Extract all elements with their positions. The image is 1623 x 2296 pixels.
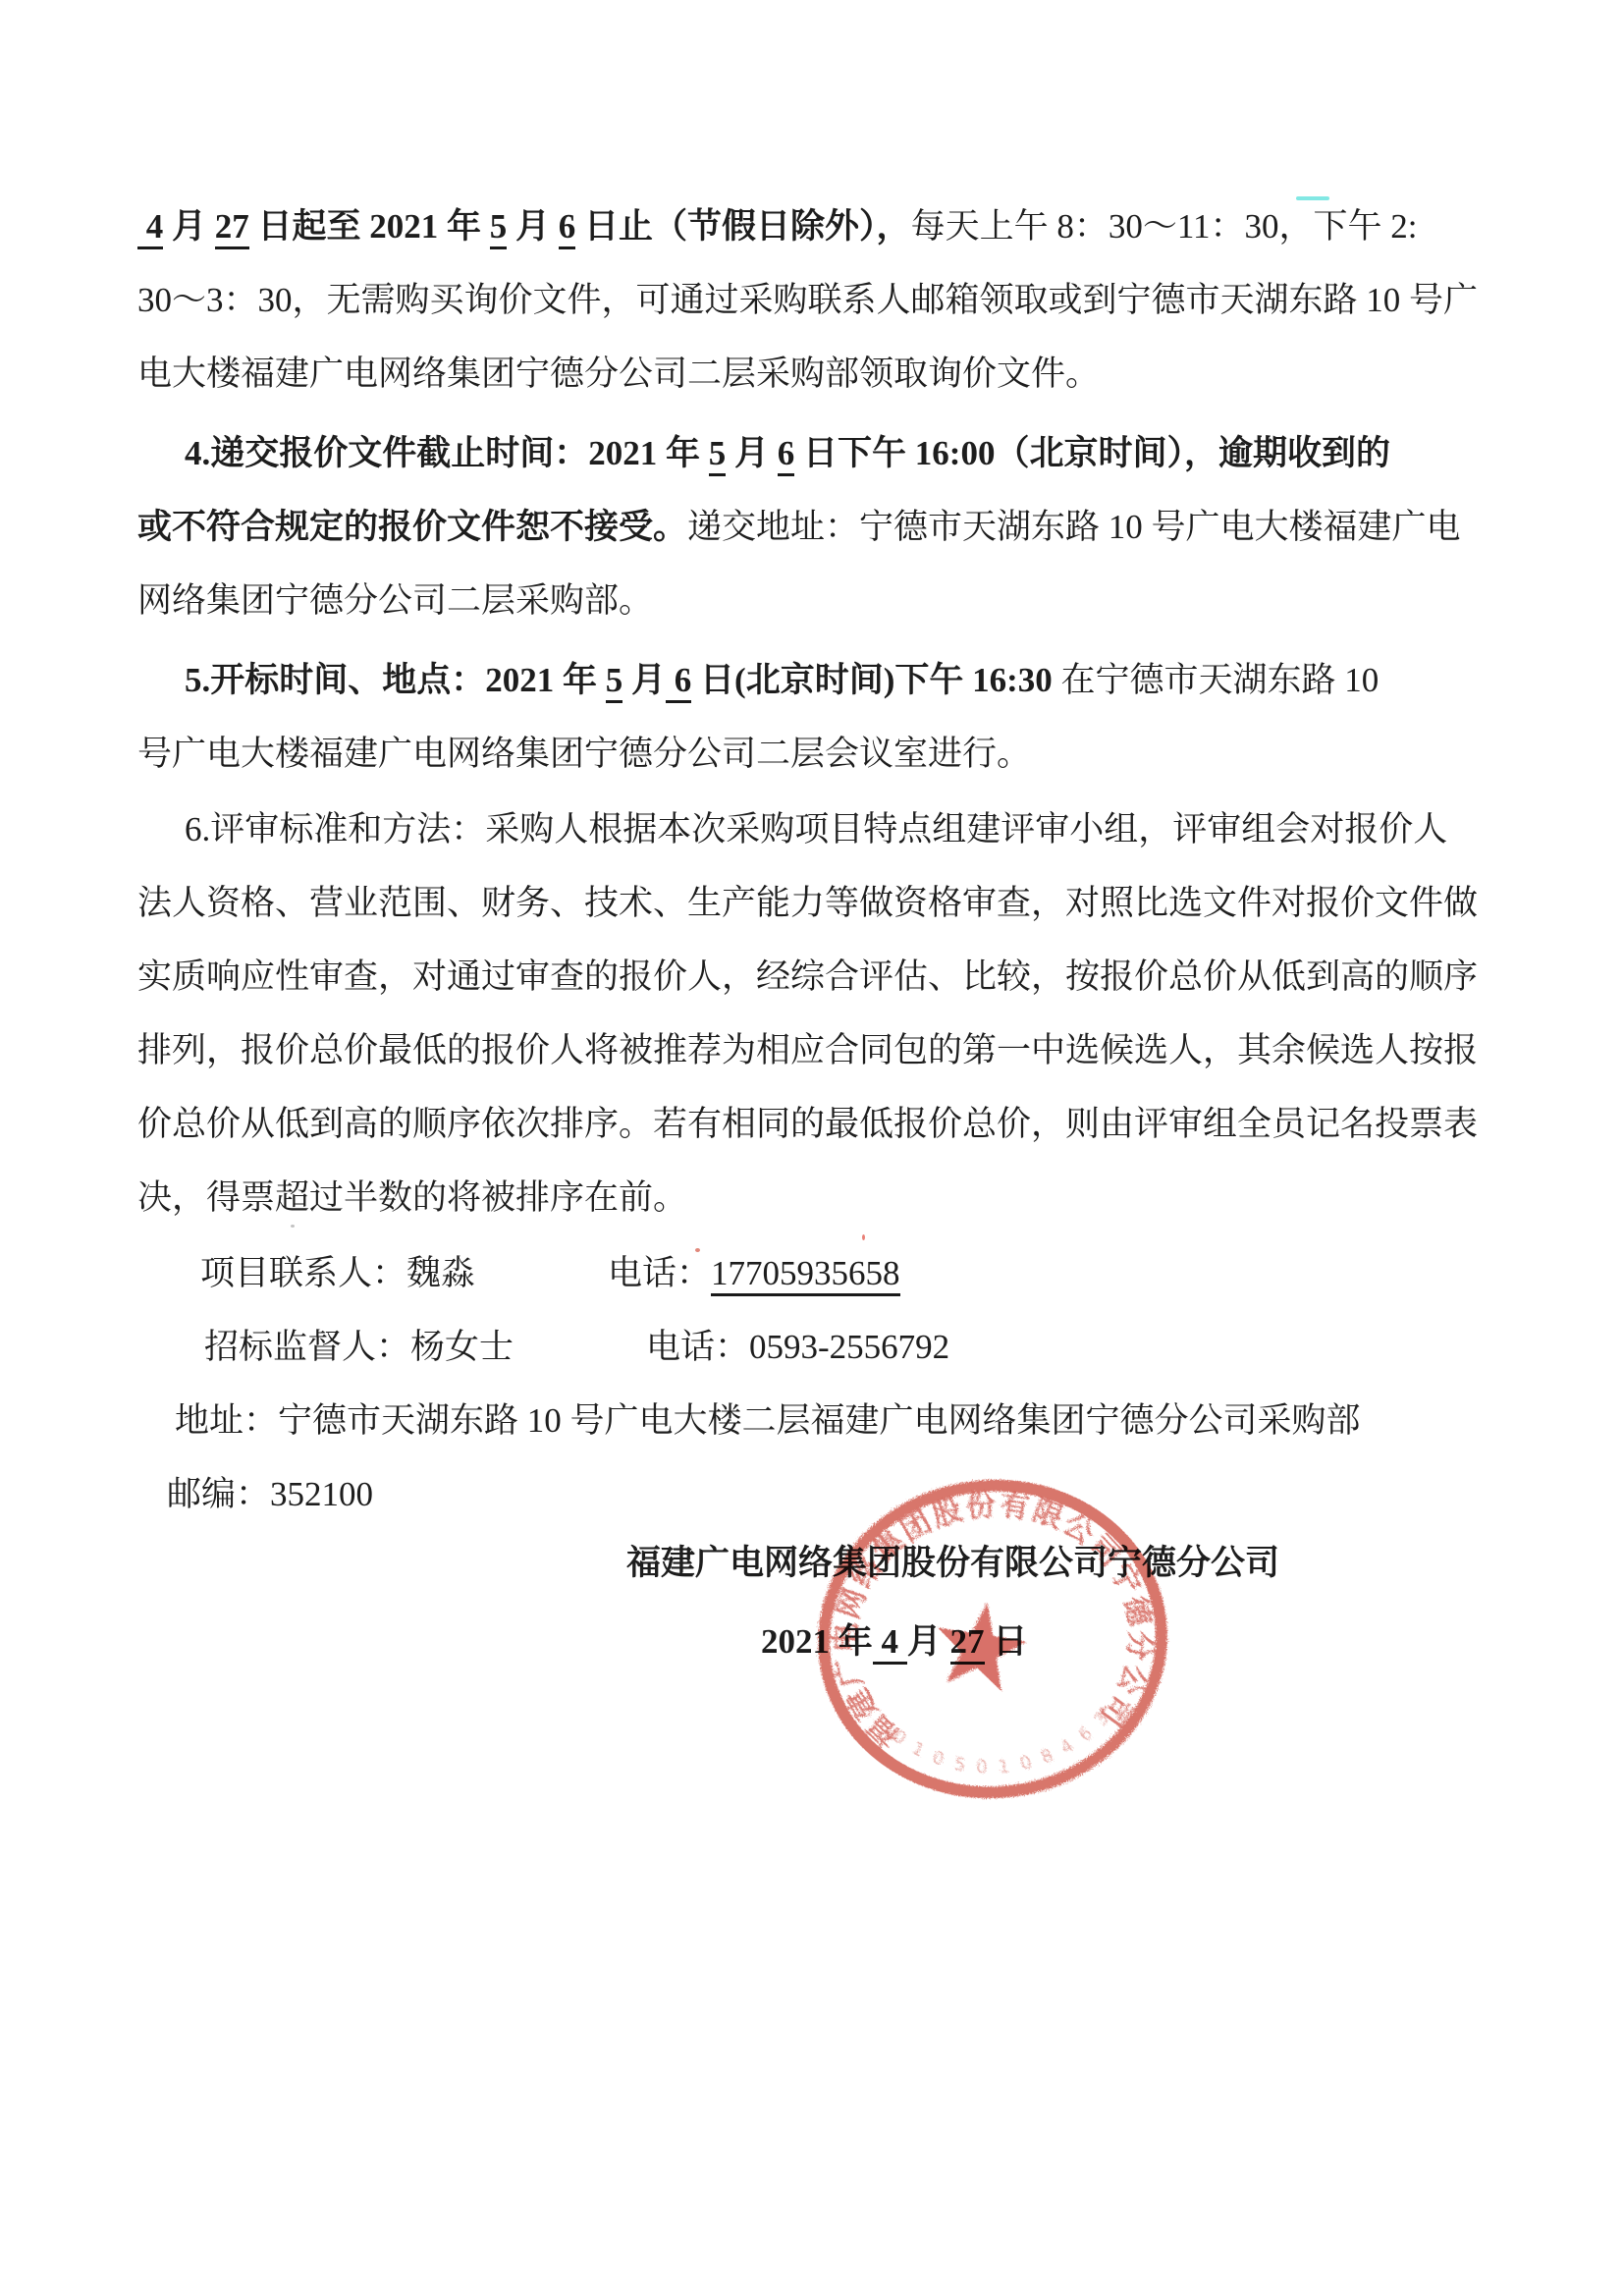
text-segment: 在宁德市天湖东路 10 <box>1061 661 1380 699</box>
text-segment: 网络集团宁德分公司二层采购部。 <box>137 581 653 620</box>
item5-line-2: 号广电大楼福建广电网络集团宁德分公司二层会议室进行。 <box>137 717 1502 791</box>
text-segment: 6.评审标准和方法：采购人根据本次采购项目特点组建评审小组，评审组会对报价人 <box>185 810 1447 848</box>
item4-line-2: 或不符合规定的报价文件恕不接受。递交地址：宁德市天湖东路 10 号广电大楼福建广… <box>137 490 1502 564</box>
text-segment: 月 <box>507 207 559 246</box>
text-segment: 6 <box>559 207 576 249</box>
text-segment: 逾期收到的 <box>1218 434 1390 472</box>
text-segment: 17705935658 <box>711 1254 900 1296</box>
text-segment: 电大楼福建广电网络集团宁德分公司二层采购部领取询价文件。 <box>137 355 1100 393</box>
text-segment: 福建广电网络集团股份有限公司宁德分公司 <box>626 1544 1279 1582</box>
para-obtain-line-2: 30～3：30，无需购买询价文件，可通过采购联系人邮箱领取或到宁德市天湖东路 1… <box>137 263 1502 337</box>
text-segment: 实质响应性审查，对通过审查的报价人，经综合评估、比较，按报价总价从低到高的顺序 <box>137 957 1478 996</box>
text-segment: 月 <box>907 1622 950 1661</box>
seal-code-arc: 01050108463 <box>887 1698 1126 1789</box>
text-segment: 递交地址：宁德市天湖东路 10 号广电大楼福建广电 <box>687 508 1461 546</box>
text-segment: 2021 年 <box>588 434 709 472</box>
text-segment: 5.开标时间、地点： <box>185 661 485 699</box>
text-segment: 法人资格、营业范围、财务、技术、生产能力等做资格审查，对照比选文件对报价文件做 <box>137 884 1478 922</box>
text-segment: 招标监督人：杨女士 <box>204 1328 514 1366</box>
contact-zipcode-line: 邮编：352100 <box>167 1457 1502 1531</box>
text-segment: 6 <box>666 661 691 703</box>
text-segment: 日 <box>985 1622 1028 1661</box>
text-segment: 电话：0593-2556792 <box>646 1328 949 1366</box>
item4-line-1: 4.递交报价文件截止时间：2021 年 5 月 6 日下午 16:00（北京时间… <box>185 416 1502 490</box>
scan-artifact-cyan-dash <box>1296 196 1329 200</box>
text-segment: 月 <box>163 207 215 246</box>
text-segment: 5 <box>490 207 508 249</box>
text-segment: 27 <box>950 1622 985 1665</box>
text-segment: 5 <box>709 434 727 476</box>
scan-artifact-speck <box>695 1248 700 1252</box>
text-segment: 4 <box>137 207 163 249</box>
text-segment: 30～3：30，无需购买询价文件，可通过采购联系人邮箱领取或到宁德市天湖东路 1… <box>137 281 1478 319</box>
item6-line-6: 决，得票超过半数的将被排序在前。 <box>137 1161 1502 1234</box>
signature-company-line: 福建广电网络集团股份有限公司宁德分公司 <box>626 1526 1502 1600</box>
text-segment: 2021 年 <box>761 1622 873 1661</box>
contact-supervisor-line: 招标监督人：杨女士电话：0593-2556792 <box>204 1310 1502 1384</box>
document-body: 4 月 27 日起至 2021 年 5 月 6 日止（节假日除外），每天上午 8… <box>137 190 1502 1678</box>
para-obtain-line-1: 4 月 27 日起至 2021 年 5 月 6 日止（节假日除外），每天上午 8… <box>137 190 1502 263</box>
text-gap <box>475 1284 608 1285</box>
text-segment: 决，得票超过半数的将被排序在前。 <box>137 1178 687 1217</box>
text-segment: 2021 年 <box>485 661 606 699</box>
text-segment: 日下午 16:00（北京时间）， <box>794 434 1218 472</box>
text-segment: 排列，报价总价最低的报价人将被推荐为相应合同包的第一中选候选人，其余候选人按报 <box>137 1031 1478 1069</box>
text-segment: 日起至 2021 年 <box>249 207 490 246</box>
contact-address-line: 地址：宁德市天湖东路 10 号广电大楼二层福建广电网络集团宁德分公司采购部 <box>175 1384 1502 1457</box>
item6-line-2: 法人资格、营业范围、财务、技术、生产能力等做资格审查，对照比选文件对报价文件做 <box>137 866 1502 940</box>
item6-line-4: 排列，报价总价最低的报价人将被推荐为相应合同包的第一中选候选人，其余候选人按报 <box>137 1013 1502 1087</box>
item4-line-3: 网络集团宁德分公司二层采购部。 <box>137 564 1502 637</box>
document-page: 4 月 27 日起至 2021 年 5 月 6 日止（节假日除外），每天上午 8… <box>0 0 1623 2296</box>
text-segment: 27 <box>215 207 249 249</box>
text-segment: 或不符合规定的报价文件恕不接受。 <box>137 508 687 546</box>
text-segment: 地址：宁德市天湖东路 10 号广电大楼二层福建广电网络集团宁德分公司采购部 <box>175 1401 1361 1440</box>
text-segment: 号广电大楼福建广电网络集团宁德分公司二层会议室进行。 <box>137 735 1031 773</box>
text-segment: 价总价从低到高的顺序依次排序。若有相同的最低报价总价，则由评审组全员记名投票表 <box>137 1105 1478 1143</box>
scan-artifact-speck <box>291 1225 295 1228</box>
text-segment: 月 <box>726 434 778 472</box>
text-segment: 邮编：352100 <box>167 1475 373 1513</box>
text-segment: 月 <box>622 661 666 699</box>
contact-project-line: 项目联系人：魏淼电话：17705935658 <box>200 1236 1502 1310</box>
text-segment: 日(北京时间)下午 16:30 <box>691 661 1060 699</box>
para-obtain-line-3: 电大楼福建广电网络集团宁德分公司二层采购部领取询价文件。 <box>137 337 1502 410</box>
text-segment: 每天上午 8：30～11：30，下午 2: <box>911 207 1418 246</box>
item5-line-1: 5.开标时间、地点：2021 年 5 月 6 日(北京时间)下午 16:30 在… <box>185 643 1502 717</box>
text-segment: 5 <box>606 661 623 703</box>
text-gap <box>514 1357 646 1358</box>
text-segment: 项目联系人：魏淼 <box>200 1254 475 1292</box>
item6-line-3: 实质响应性审查，对通过审查的报价人，经综合评估、比较，按报价总价从低到高的顺序 <box>137 940 1502 1013</box>
text-segment: 6 <box>778 434 795 476</box>
text-segment: 日止（节假日除外）， <box>575 207 910 246</box>
text-segment: 电话： <box>608 1254 711 1292</box>
item6-line-1: 6.评审标准和方法：采购人根据本次采购项目特点组建评审小组，评审组会对报价人 <box>185 793 1502 866</box>
scan-artifact-speck <box>862 1234 865 1240</box>
text-segment: 4.递交报价文件截止时间： <box>185 434 588 472</box>
signature-date-line: 2021 年 4 月 27 日 <box>761 1605 1502 1678</box>
text-segment: 4 <box>873 1622 907 1665</box>
item6-line-5: 价总价从低到高的顺序依次排序。若有相同的最低报价总价，则由评审组全员记名投票表 <box>137 1087 1502 1161</box>
